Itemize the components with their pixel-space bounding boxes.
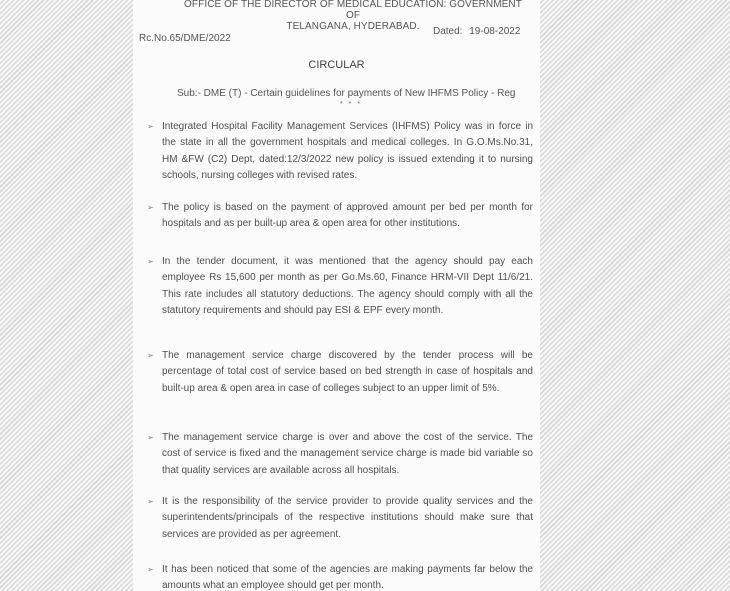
arrow-bullet-icon: ➢ xyxy=(147,119,154,135)
paragraph-text: It is the responsibility of the service … xyxy=(162,494,533,543)
paragraph-4: ➢ The management service charge discover… xyxy=(147,348,533,397)
paragraph-text: In the tender document, it was mentioned… xyxy=(162,254,533,319)
paragraph-text: Integrated Hospital Facility Management … xyxy=(162,119,533,184)
arrow-bullet-icon: ➢ xyxy=(147,562,154,578)
paragraph-3: ➢ In the tender document, it was mention… xyxy=(147,254,533,319)
reference-number: Rc.No.65/DME/2022 xyxy=(139,33,231,44)
arrow-bullet-icon: ➢ xyxy=(147,254,154,270)
paragraph-1: ➢ Integrated Hospital Facility Managemen… xyxy=(147,119,533,184)
arrow-bullet-icon: ➢ xyxy=(147,200,154,216)
paragraph-6: ➢ It is the responsibility of the servic… xyxy=(147,494,533,543)
paragraph-2: ➢ The policy is based on the payment of … xyxy=(147,200,533,233)
paragraph-text: The management service charge discovered… xyxy=(162,348,533,397)
arrow-bullet-icon: ➢ xyxy=(147,494,154,510)
paragraph-7: ➢ It has been noticed that some of the a… xyxy=(147,562,533,591)
dated-line: Dated: 19-08-2022 xyxy=(433,26,520,37)
section-separator: * * * xyxy=(340,101,362,108)
paragraph-text: It has been noticed that some of the age… xyxy=(162,562,533,591)
office-header-line1: OFFICE OF THE DIRECTOR OF MEDICAL EDUCAT… xyxy=(183,0,523,21)
paragraph-5: ➢ The management service charge is over … xyxy=(147,430,533,479)
arrow-bullet-icon: ➢ xyxy=(147,430,154,446)
subject-line: Sub:- DME (T) - Certain guidelines for p… xyxy=(177,88,515,99)
arrow-bullet-icon: ➢ xyxy=(147,348,154,364)
paragraph-text: The policy is based on the payment of ap… xyxy=(162,200,533,233)
paragraph-text: The management service charge is over an… xyxy=(162,430,533,479)
dated-value: 19-08-2022 xyxy=(469,26,520,37)
dated-label: Dated: xyxy=(433,26,462,37)
circular-document-page: OFFICE OF THE DIRECTOR OF MEDICAL EDUCAT… xyxy=(133,0,540,591)
document-title: CIRCULAR xyxy=(133,59,540,71)
